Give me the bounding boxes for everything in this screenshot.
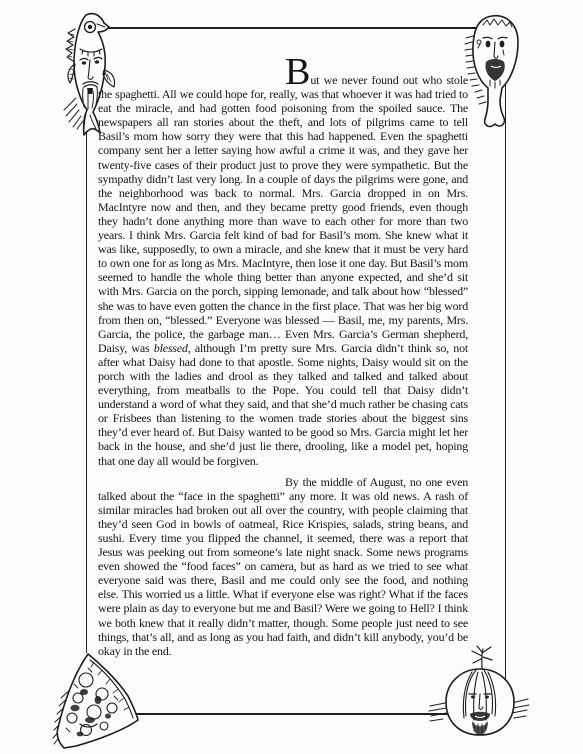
text-block: But we never found out who stole the spa… <box>98 72 468 658</box>
drumstick-face-illustration <box>462 12 528 135</box>
body-paragraph-1: But we never found out who stole the spa… <box>98 72 468 468</box>
text-segment: ut we never found out who stole the spag… <box>98 73 468 355</box>
italic-text-segment: blessed <box>154 341 188 355</box>
frame-rule-top <box>96 27 506 29</box>
body-paragraph-2: By the middle of August, no one even tal… <box>98 475 468 658</box>
text-segment: By the middle of August, no one even tal… <box>98 475 468 658</box>
page-container: { "page": { "kind": "book-page", "paper_… <box>0 0 583 754</box>
text-segment: , although I’m pretty sure Mrs. Garcia d… <box>98 341 468 468</box>
